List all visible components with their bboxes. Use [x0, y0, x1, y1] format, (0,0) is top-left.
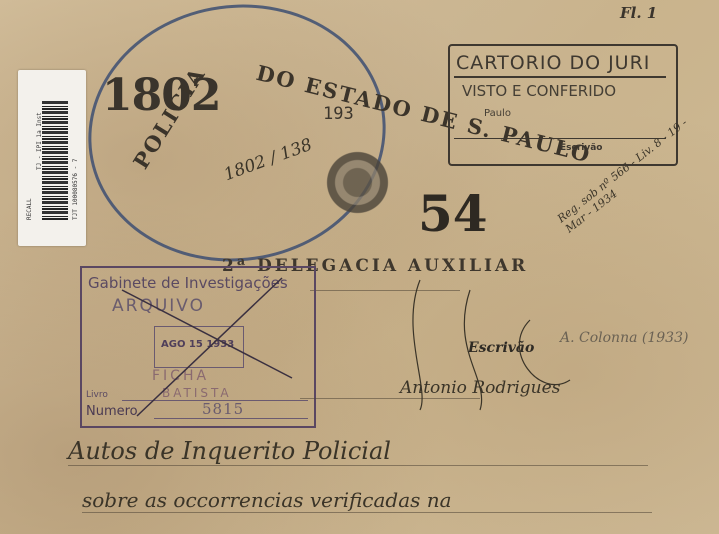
body-line-2: sobre as occorrencias verificadas na	[82, 488, 452, 512]
cartorio-subtitle: VISTO E CONFERIDO	[462, 82, 616, 100]
coat-of-arms-emblem	[320, 145, 395, 220]
body-rule-1	[68, 465, 648, 466]
cartorio-city: Paulo	[484, 108, 511, 119]
folio-number: Fl. 1	[620, 4, 657, 22]
signature-flourish	[380, 270, 580, 430]
barcode-label-line1: RECALL	[26, 198, 33, 220]
barcode	[42, 100, 68, 220]
cartorio-escrivao: Escrivão	[560, 143, 603, 153]
cartorio-divider	[454, 76, 666, 78]
stamp-year: 193	[323, 104, 354, 124]
gabinete-stamp: Gabinete de Investigações ARQUIVO AGO 15…	[80, 266, 316, 428]
case-number: 54	[418, 184, 488, 243]
cartorio-title: CARTORIO DO JURI	[456, 52, 650, 74]
cross-out-mark	[82, 268, 314, 426]
cartorio-signature-line	[454, 138, 666, 139]
body-line-1: Autos de Inquerito Policial	[68, 437, 391, 465]
body-rule-2	[82, 512, 652, 513]
barcode-label-line3: TJT 100080576 - 7	[72, 159, 79, 220]
barcode-label-line2: TJ - IPI 1a Inst	[36, 112, 43, 170]
barcode-sticker: RECALL TJ - IPI 1a Inst TJT 100080576 - …	[18, 70, 86, 246]
